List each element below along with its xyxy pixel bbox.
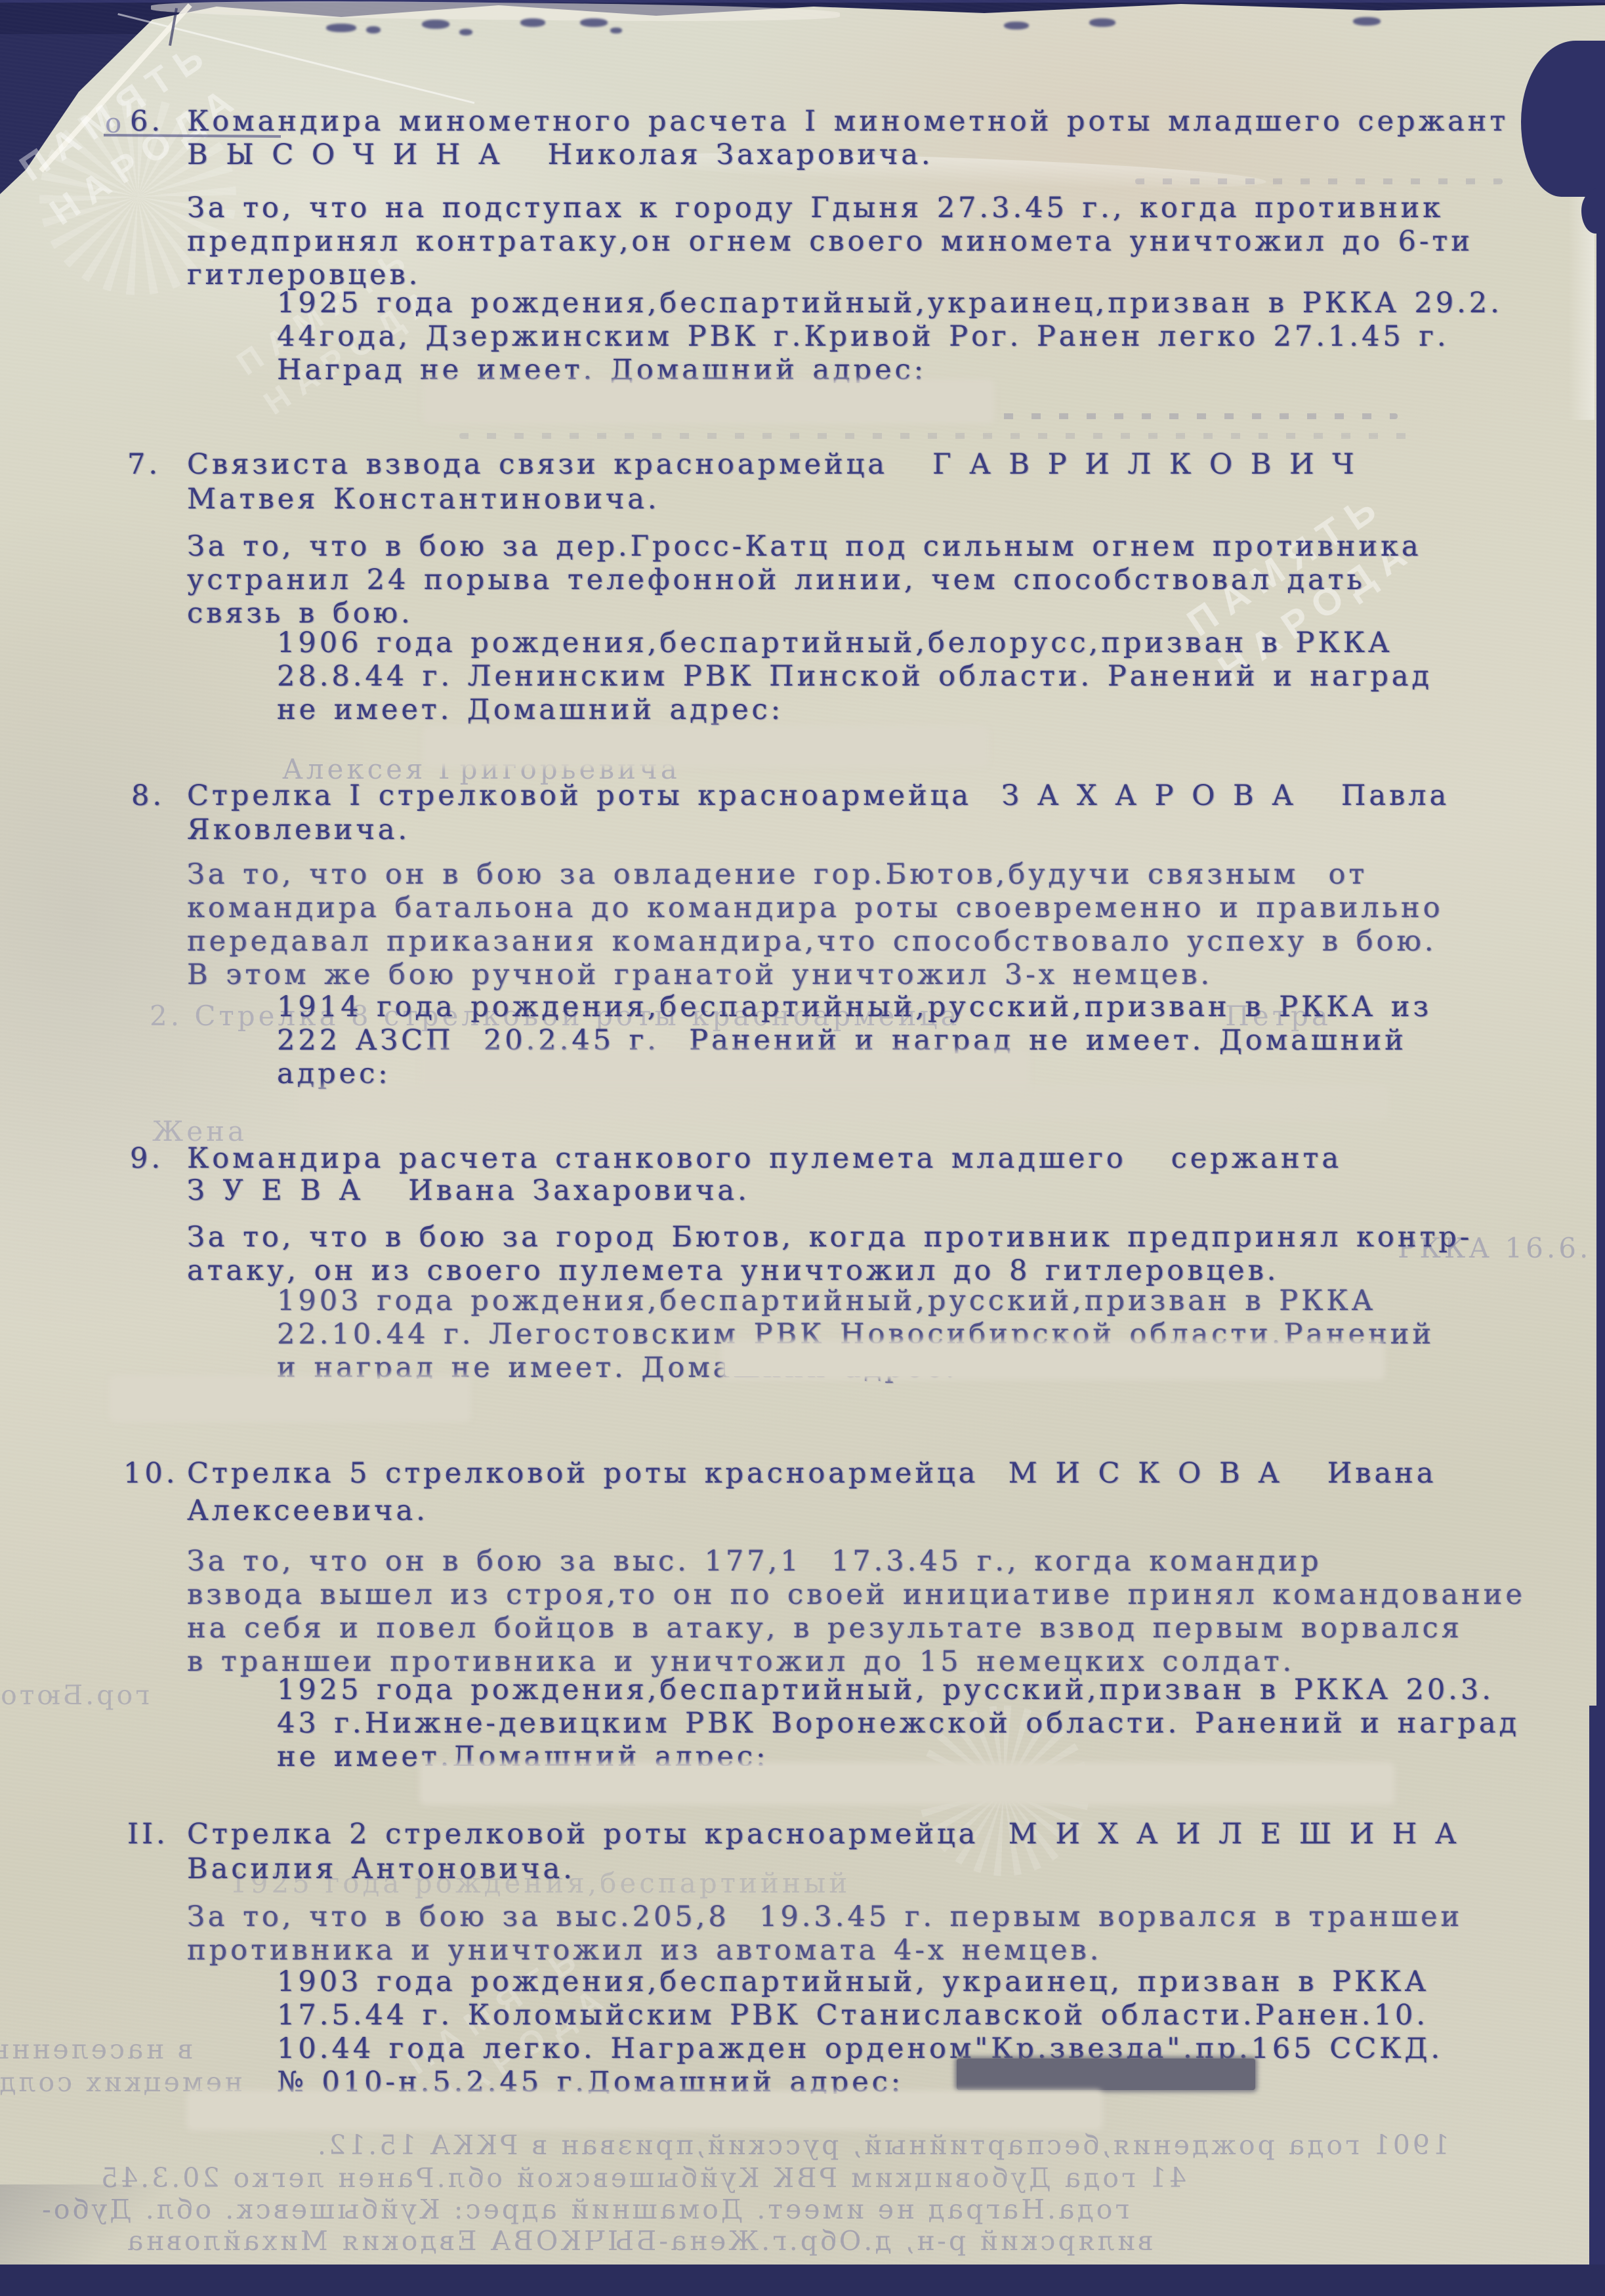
entry-6-title: Командира минометного расчета I минометн… (187, 105, 1509, 138)
entry-7-name: Матвея Константиновича. (187, 483, 660, 516)
entry-6-name: В Ы С О Ч И Н А Николая Захаровича. (187, 138, 934, 172)
bleedthrough-dots (1135, 178, 1503, 184)
ink-smudge (1353, 17, 1381, 26)
entry-9-citation: За то, что в бою за город Бютов, когда п… (187, 1221, 1472, 1288)
entry-11-name: Василия Антоновича. (187, 1853, 575, 1886)
entry-10-title: Стрелка 5 стрелковой роты красноармейца … (187, 1457, 1436, 1490)
redaction-bar (425, 1054, 1026, 1088)
entry-8-number: 8. (131, 779, 165, 813)
redaction-bar (423, 1766, 1391, 1801)
bleedthrough-text: 41 года Дубовицким РВК Куйбышевской обл.… (98, 2162, 1186, 2194)
ink-smudge (1089, 18, 1115, 27)
entry-7-citation: За то, что в бою за дер.Гросс-Катц под с… (187, 530, 1421, 630)
entry-11-record: 1903 года рождения,беспартийный, украине… (277, 1965, 1443, 2099)
redaction-bar (427, 383, 991, 420)
ink-smudge (610, 28, 622, 33)
entry-9-name: З У Е В А Ивана Захаровича. (187, 1174, 750, 1208)
entry-10-citation: За то, что он в бою за выс. 177,1 17.3.4… (187, 1545, 1526, 1679)
entry-11-number: II. (127, 1818, 169, 1851)
bleedthrough-text: в населенных (0, 2034, 193, 2065)
redaction-bar (113, 1379, 467, 1418)
bleedthrough-text: года.Наград не имеет. Домашний адрес: Ку… (39, 2194, 1129, 2225)
entry-10-number: 10. (123, 1457, 178, 1490)
redaction-bar-dark (957, 2059, 1255, 2090)
ink-smudge (459, 29, 472, 35)
ink-smudge (580, 18, 608, 27)
ink-smudge (422, 20, 449, 29)
ink-smudge (1004, 22, 1029, 30)
bleedthrough-text: немецких солдат (0, 2066, 242, 2098)
entry-8-name: Яковлевича. (187, 813, 410, 847)
entry-6-number: 6. (130, 105, 163, 138)
bleedthrough-dots (459, 433, 1411, 439)
entry-8-citation: За то, что он в бою за овладение гор.Бют… (187, 858, 1443, 992)
entry-9-title: Командира расчета станкового пулемета мл… (187, 1142, 1342, 1176)
entry-7-record: 1906 года рождения,беспартийный,белорусс… (277, 626, 1432, 727)
ink-smudge (520, 18, 545, 27)
entry-6-record: 1925 года рождения,беспартийный,украинец… (277, 287, 1503, 387)
entry-11-title: Стрелка 2 стрелковой роты красноармейца … (187, 1818, 1459, 1851)
entry-7-title: Связиста взвода связи красноармейца Г А … (187, 448, 1357, 482)
entry-8-title: Стрелка I стрелковой роты красноармейца … (187, 779, 1449, 813)
scanner-edge (1596, 197, 1605, 1706)
entry-10-record: 1925 года рождения,беспартийный, русский… (277, 1673, 1520, 1774)
entry-6-citation: За то, что на подступах к городу Гдыня 2… (187, 192, 1473, 292)
scanner-edge (1589, 1706, 1605, 2265)
scanned-award-document-page: ПАМЯТЬ НАРОДА ПАМЯТЬ НАРОДА ПАМЯТЬ НАРОД… (0, 0, 1605, 2296)
redaction-bar (190, 2094, 1099, 2127)
entry-11-citation: За то, что в бою за выс.205,8 19.3.45 г.… (187, 1900, 1463, 1967)
redaction-bar (302, 1089, 1385, 1115)
ink-smudge (326, 24, 356, 32)
bleedthrough-text: вилярский р-н, д.Обр.г.Жена-БЫЧКОВА Евдо… (125, 2225, 1153, 2257)
entry-10-name: Алексеевича. (187, 1494, 428, 1528)
bleedthrough-text: гор.Бютов (0, 1679, 150, 1711)
entry-9-number: 9. (130, 1142, 163, 1176)
redaction-bar (725, 1343, 1381, 1376)
entry-7-number: 7. (127, 448, 161, 482)
bleedthrough-text: 1901 года рождения,беспартийный, русский… (315, 2129, 1449, 2161)
redaction-bar (427, 729, 984, 764)
ink-smudge (366, 26, 381, 33)
